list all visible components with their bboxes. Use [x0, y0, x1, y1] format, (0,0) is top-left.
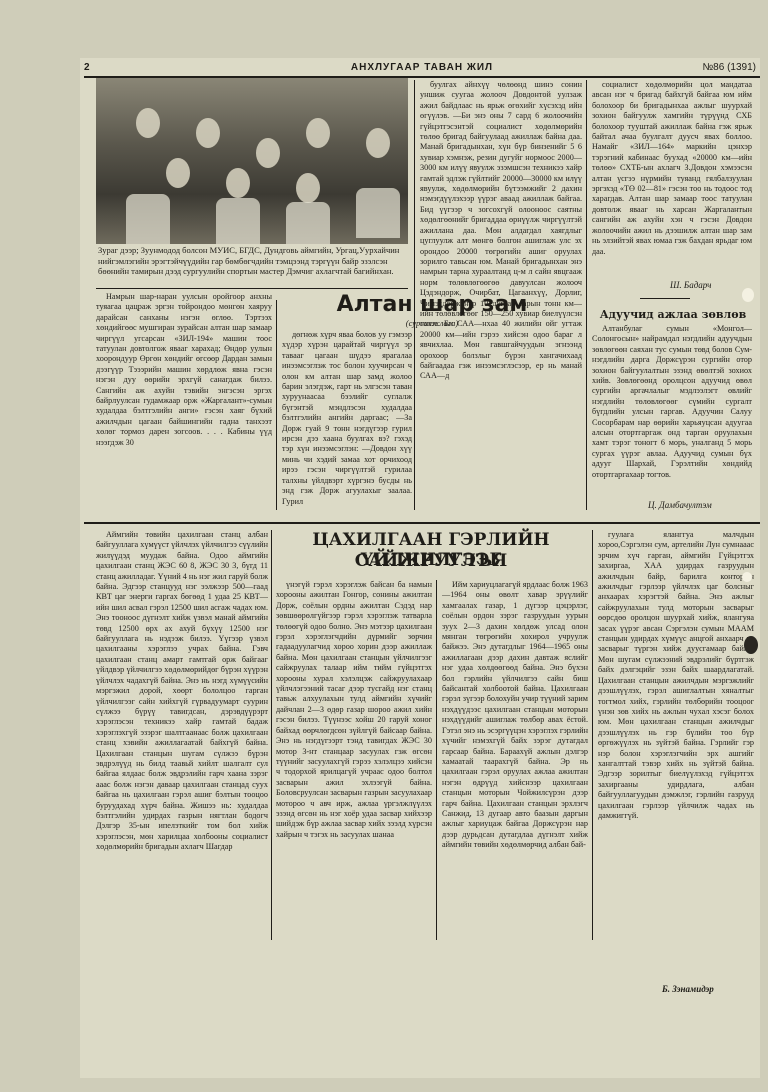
article-altan-shar-zam-col1: Намрын шар-наран уулсын оройгоор анхны т… — [96, 292, 272, 514]
section-rule — [84, 522, 760, 524]
column-divider — [276, 300, 277, 510]
column-divider — [586, 80, 587, 510]
column-divider — [592, 530, 593, 940]
column-divider — [436, 580, 437, 940]
caption-rule — [96, 288, 408, 289]
article-aduuchid-title: Адуучид ажлаа зөвлөв — [592, 308, 754, 321]
photo-caption: Зураг дээр; Зуунмодод болсон МУИС, БГДС,… — [98, 245, 408, 277]
team-photo — [96, 78, 408, 244]
article-tsakhilgaan-signature: Б. Зэнамидэр — [662, 984, 714, 994]
article-tsakhilgaan-col4: гуулага яланггуа малчдын хороо,Сэргэлэн … — [598, 530, 754, 978]
article-altan-shar-zam-col4: социалист хөдөлмөрийн цол мандатаа авсан… — [592, 80, 752, 278]
article-tsakhilgaan-title-line2: САЙЖРУУЛЪЯ — [272, 551, 590, 571]
paper-damage — [742, 288, 754, 302]
column-divider — [414, 80, 415, 510]
paper-damage — [744, 636, 758, 654]
article-tsakhilgaan-col1: Аймгийн төвийн цахилгаан станц албан бай… — [96, 530, 268, 950]
column-divider — [271, 530, 272, 940]
article-tsakhilgaan-col3: Ийм хариуцлагагүй ярдлаас болж 1963—1964… — [442, 580, 588, 940]
article-altan-shar-zam-col3: буулгах айнхүү чөлөөнд шинэ сонин уншиж … — [420, 80, 582, 512]
newspaper-title: АНХЛУГААР ТАВАН ЖИЛ — [84, 62, 760, 73]
article-aduuchid-body: Алтанбулаг сумын «Монгол—Солонгосын» най… — [592, 324, 752, 498]
article-tsakhilgaan-col2: үнэгүй гэрэл хэрэглэж байсан ба намын хо… — [276, 580, 432, 940]
article-altan-shar-zam-col2: дөгнөж хүрч яваа болов уу гэмээр хүдэр х… — [282, 330, 412, 514]
paper-damage — [742, 572, 752, 582]
article-altan-shar-zam-signature: Ш. Бадарч — [670, 280, 711, 290]
page-header: 2 АНХЛУГААР ТАВАН ЖИЛ №86 (1391) — [84, 60, 760, 76]
article-aduuchid-signature: Ц. Дамбачултэм — [648, 500, 712, 510]
separator-ornament — [640, 298, 690, 299]
issue-number: №86 (1391) — [702, 62, 756, 73]
